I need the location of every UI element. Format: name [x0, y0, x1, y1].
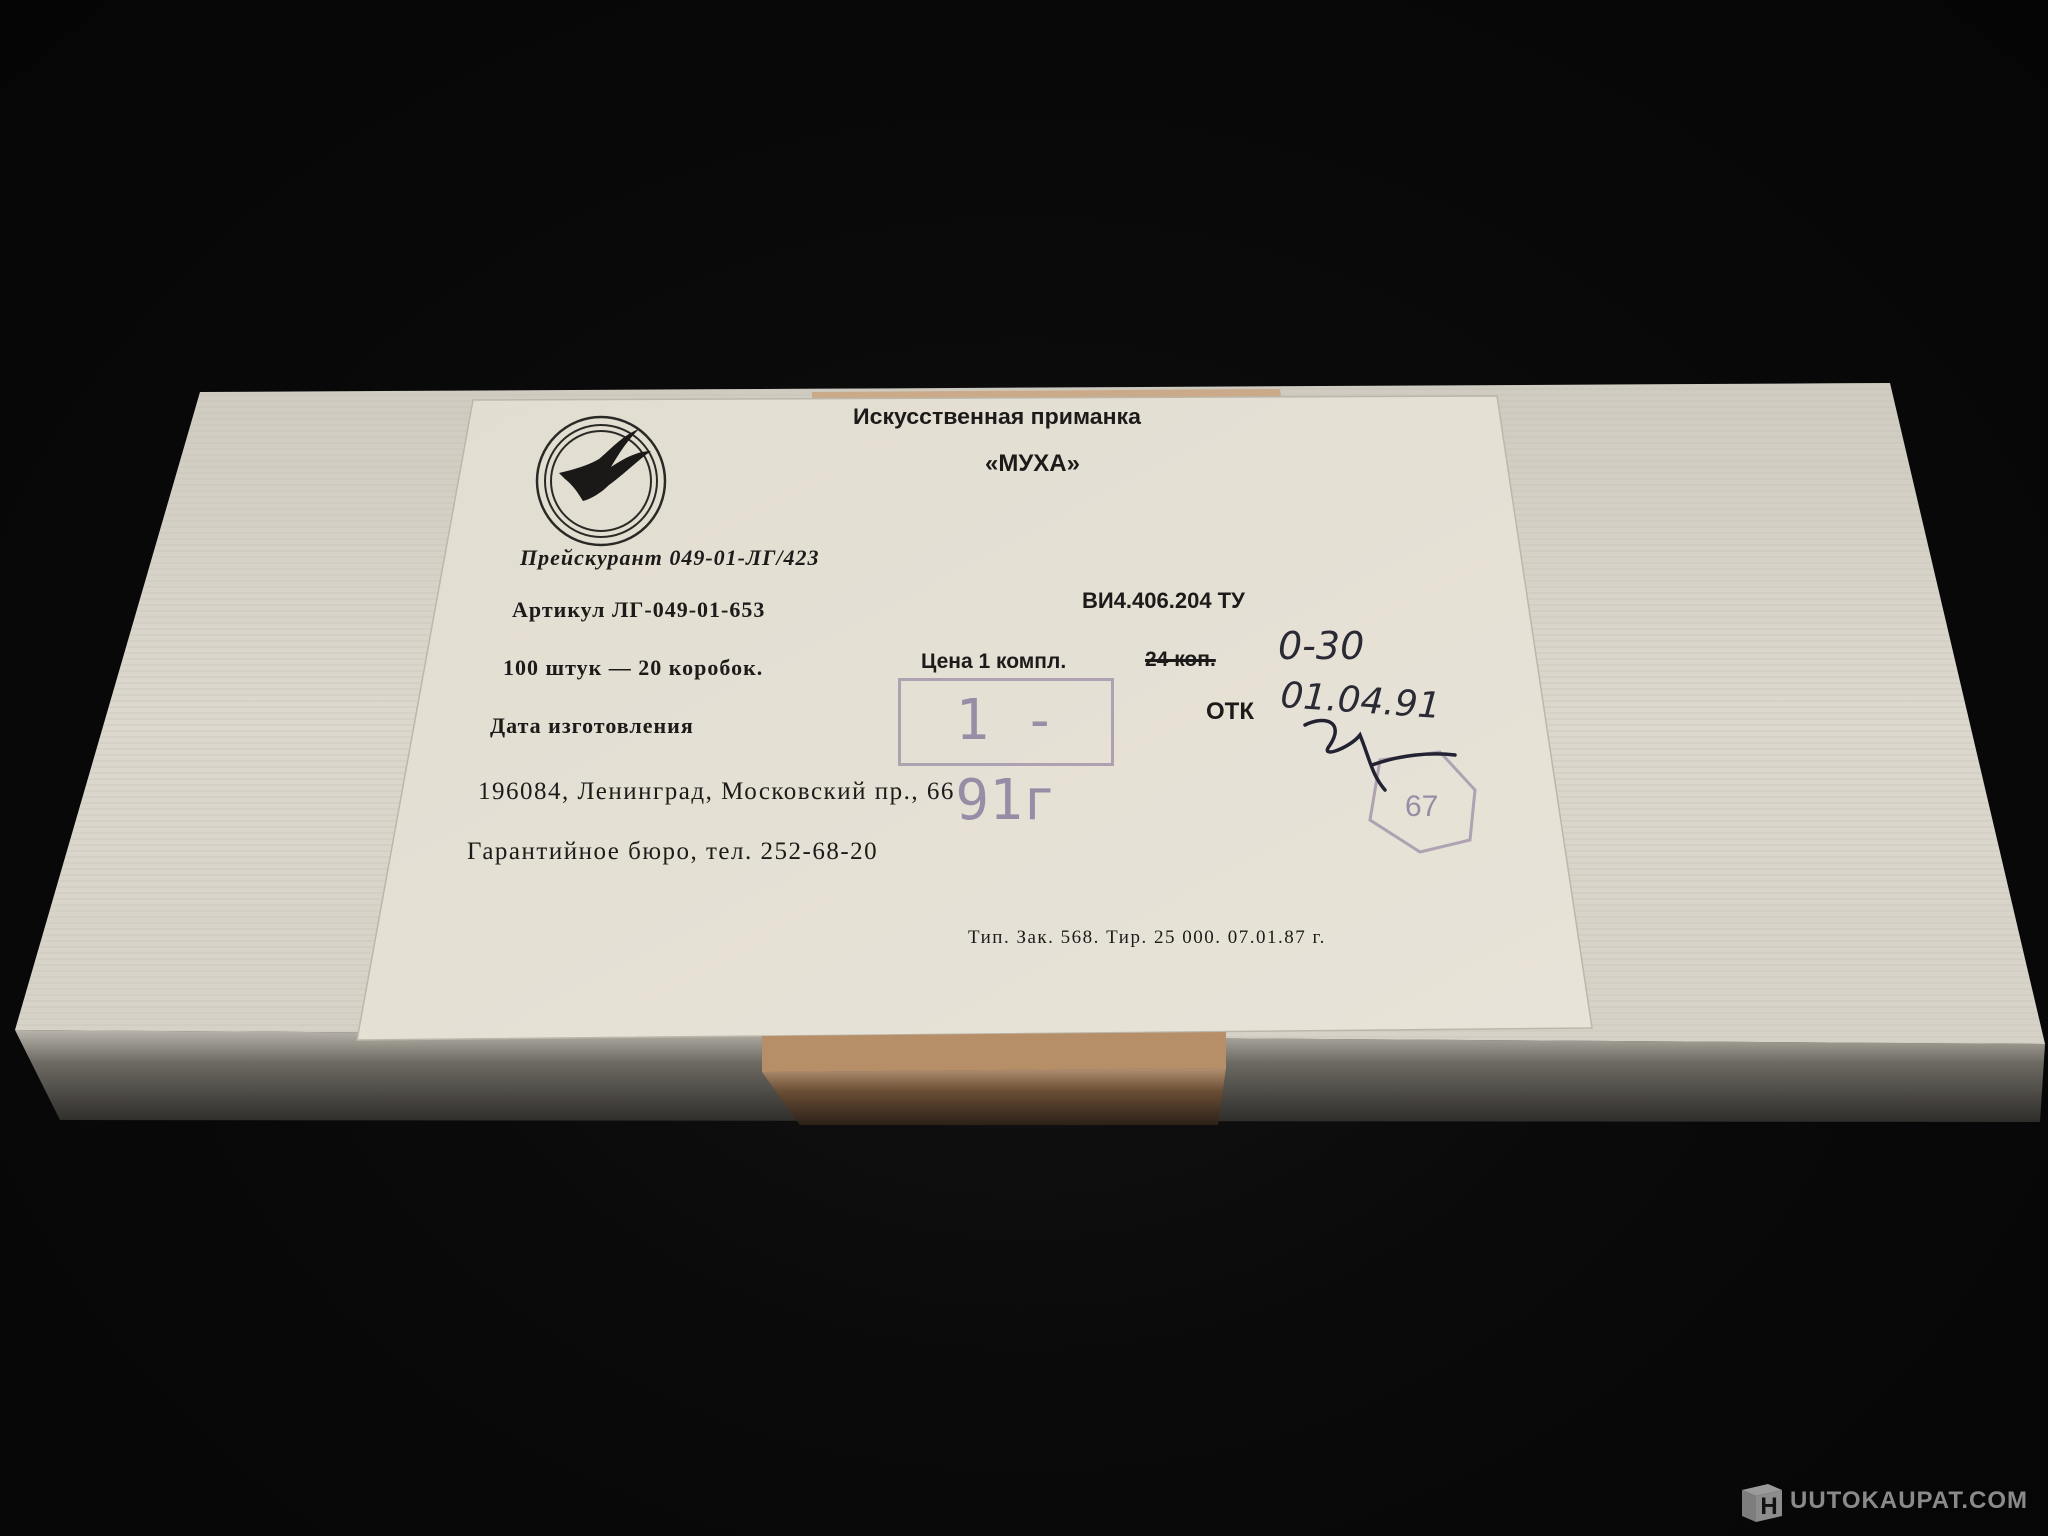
svg-text:H: H — [1760, 1493, 1777, 1520]
product-name: «МУХА» — [985, 450, 1080, 478]
price-original: 24 коп. — [1145, 648, 1216, 672]
watermark: H UUTOKAUPAT.COM — [1738, 1478, 2028, 1524]
otk-label: ОТК — [1206, 698, 1254, 726]
date-stamp: 1 - 91г — [898, 678, 1114, 766]
manufacture-date-label: Дата изготовления — [490, 713, 694, 739]
warranty-bureau: Гарантийное бюро, тел. 252-68-20 — [467, 838, 878, 866]
tape-front — [762, 1032, 1226, 1072]
print-info: Тип. Зак. 568. Тир. 25 000. 07.01.87 г. — [968, 927, 1326, 949]
price-label: Цена 1 компл. — [921, 650, 1066, 674]
watermark-text: UUTOKAUPAT.COM — [1790, 1487, 2028, 1515]
price-list: Прейскурант 049-01-ЛГ/423 — [520, 545, 819, 571]
standard-code: ВИ4.406.204 ТУ — [1082, 588, 1245, 614]
article-number: Артикул ЛГ-049-01-653 — [512, 597, 765, 623]
otk-stamp-number: 67 — [1405, 790, 1438, 824]
handwritten-price: 0-30 — [1278, 624, 1364, 668]
quantity: 100 штук — 20 коробок. — [503, 655, 763, 681]
product-title: Искусственная приманка — [853, 404, 1141, 430]
address: 196084, Ленинград, Московский пр., 66 — [478, 778, 955, 806]
date-stamp-text: 1 - 91г — [955, 688, 1056, 833]
h-cube-icon: H — [1738, 1478, 1786, 1524]
